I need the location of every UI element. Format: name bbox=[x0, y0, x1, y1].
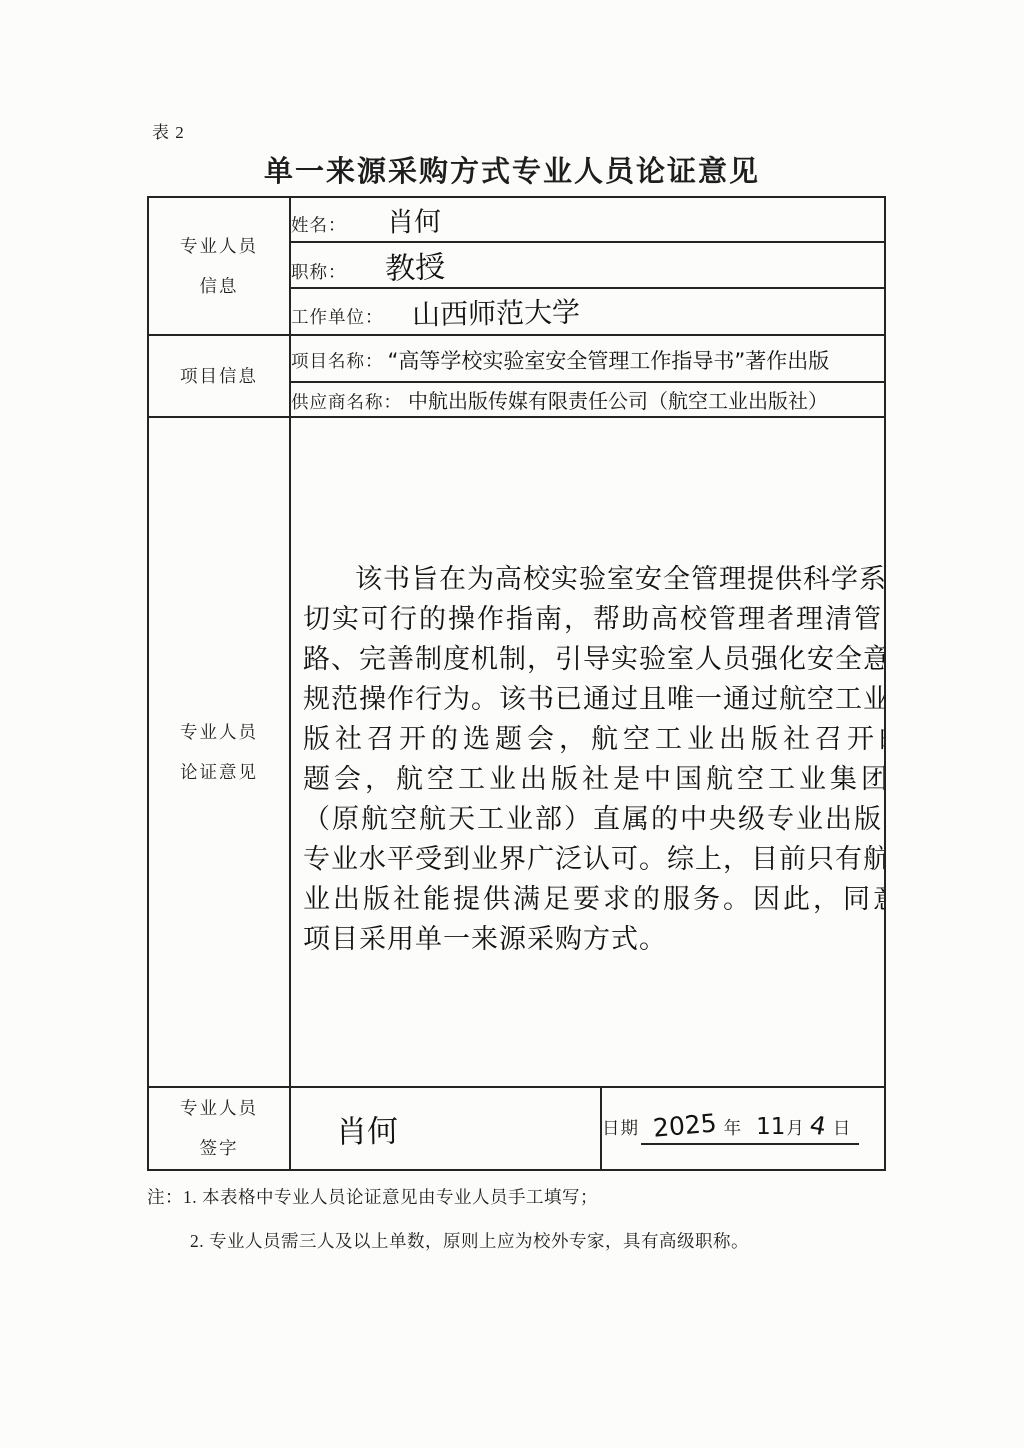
scanned-form-page: 表 2 单一来源采购方式专业人员论证意见 专业人员 信息 姓名：肖何 职称：教授 bbox=[0, 0, 1024, 1448]
name-cell: 姓名：肖何 bbox=[290, 197, 885, 242]
opinion-line: 路、完善制度机制，引导实验室人员强化安全意识、 bbox=[303, 640, 878, 680]
section-label: 论证意见 bbox=[149, 752, 289, 792]
signature-cell: 肖何 bbox=[290, 1087, 601, 1170]
row-name: 专业人员 信息 姓名：肖何 bbox=[148, 197, 885, 242]
opinion-line: 项目采用单一来源采购方式。 bbox=[303, 920, 878, 960]
date-day-handwritten: 4 bbox=[808, 1110, 829, 1141]
table-number-label: 表 2 bbox=[152, 118, 185, 143]
supplier-label: 供应商名称： bbox=[291, 392, 402, 412]
section-label: 专业人员 bbox=[149, 1088, 289, 1128]
note-1: 注：1. 本表格中专业人员论证意见由专业人员手工填写； bbox=[147, 1184, 749, 1209]
supplier-cell: 供应商名称：中航出版传媒有限责任公司（航空工业出版社） bbox=[290, 382, 885, 417]
section-label: 专业人员 bbox=[149, 712, 289, 752]
opinion-line: 切实可行的操作指南，帮助高校管理者理清管理者思 bbox=[303, 600, 878, 640]
opinion-line: 版社召开的选题会，航空工业出版社召开的选 bbox=[303, 720, 878, 760]
date-cell: 日期2025年11月4日 bbox=[601, 1087, 885, 1170]
opinion-line: 题会，航空工业出版社是中国航空工业集团公司 bbox=[303, 760, 878, 800]
section-opinion: 专业人员 论证意见 bbox=[148, 417, 290, 1087]
workunit-label: 工作单位： bbox=[291, 307, 384, 327]
section-project-info: 项目信息 bbox=[148, 335, 290, 417]
project-name-cell: 项目名称：“高等学校实验室安全管理工作指导书”著作出版 bbox=[290, 335, 885, 382]
name-handwritten-value: 肖何 bbox=[386, 200, 441, 240]
row-project-name: 项目信息 项目名称：“高等学校实验室安全管理工作指导书”著作出版 bbox=[148, 335, 885, 382]
section-label: 项目信息 bbox=[149, 356, 289, 396]
opinion-handwritten-text: 该书旨在为高校实验室安全管理提供科学系统、 切实可行的操作指南，帮助高校管理者理… bbox=[291, 544, 884, 960]
opinion-line: （原航空航天工业部）直属的中央级专业出版社，其 bbox=[303, 800, 878, 840]
workunit-handwritten-value: 山西师范大学 bbox=[411, 290, 580, 333]
date-underline: 2025年11月4日 bbox=[641, 1111, 859, 1145]
footer-notes: 注：1. 本表格中专业人员论证意见由专业人员手工填写； 2. 专业人员需三人及以… bbox=[147, 1184, 749, 1253]
title-cell: 职称：教授 bbox=[290, 242, 885, 288]
project-name-label: 项目名称： bbox=[291, 351, 384, 371]
section-label: 信息 bbox=[149, 266, 289, 306]
form-table: 专业人员 信息 姓名：肖何 职称：教授 工作单位：山西师范大学 项目信息 bbox=[147, 196, 886, 1171]
opinion-cell: 该书旨在为高校实验室安全管理提供科学系统、 切实可行的操作指南，帮助高校管理者理… bbox=[290, 417, 885, 1087]
opinion-line: 规范操作行为。该书已通过且唯一通过航空工业出 bbox=[303, 680, 878, 720]
date-month-handwritten: 11 bbox=[756, 1114, 785, 1140]
date-year-handwritten: 2025 bbox=[652, 1109, 718, 1143]
project-name-handwritten-value: “高等学校实验室安全管理工作指导书”著作出版 bbox=[388, 345, 830, 375]
title-label: 职称： bbox=[291, 262, 347, 282]
opinion-line: 专业水平受到业界广泛认可。综上，目前只有航空工 bbox=[303, 840, 878, 880]
day-suffix: 日 bbox=[833, 1118, 852, 1138]
row-signature: 专业人员 签字 肖何 日期2025年11月4日 bbox=[148, 1087, 885, 1170]
note-2: 2. 专业人员需三人及以上单数，原则上应为校外专家，具有高级职称。 bbox=[147, 1228, 749, 1253]
section-signature: 专业人员 签字 bbox=[148, 1087, 290, 1170]
month-suffix: 月 bbox=[786, 1118, 805, 1138]
opinion-line: 该书旨在为高校实验室安全管理提供科学系统、 bbox=[303, 560, 878, 600]
name-label: 姓名： bbox=[291, 215, 347, 235]
section-personnel-info: 专业人员 信息 bbox=[148, 197, 290, 335]
year-suffix: 年 bbox=[724, 1118, 743, 1138]
section-label: 专业人员 bbox=[149, 226, 289, 266]
workunit-cell: 工作单位：山西师范大学 bbox=[290, 288, 885, 335]
date-label: 日期 bbox=[602, 1118, 639, 1138]
supplier-handwritten-value: 中航出版传媒有限责任公司（航空工业出版社） bbox=[408, 385, 828, 414]
signature-handwritten-value: 肖何 bbox=[336, 1105, 399, 1151]
form-title: 单一来源采购方式专业人员论证意见 bbox=[0, 149, 1024, 190]
title-handwritten-value: 教授 bbox=[384, 242, 445, 288]
row-opinion: 专业人员 论证意见 该书旨在为高校实验室安全管理提供科学系统、 切实可行的操作指… bbox=[148, 417, 885, 1087]
opinion-line: 业出版社能提供满足要求的服务。因此，同意该 bbox=[303, 880, 878, 920]
section-label: 签字 bbox=[149, 1128, 289, 1168]
